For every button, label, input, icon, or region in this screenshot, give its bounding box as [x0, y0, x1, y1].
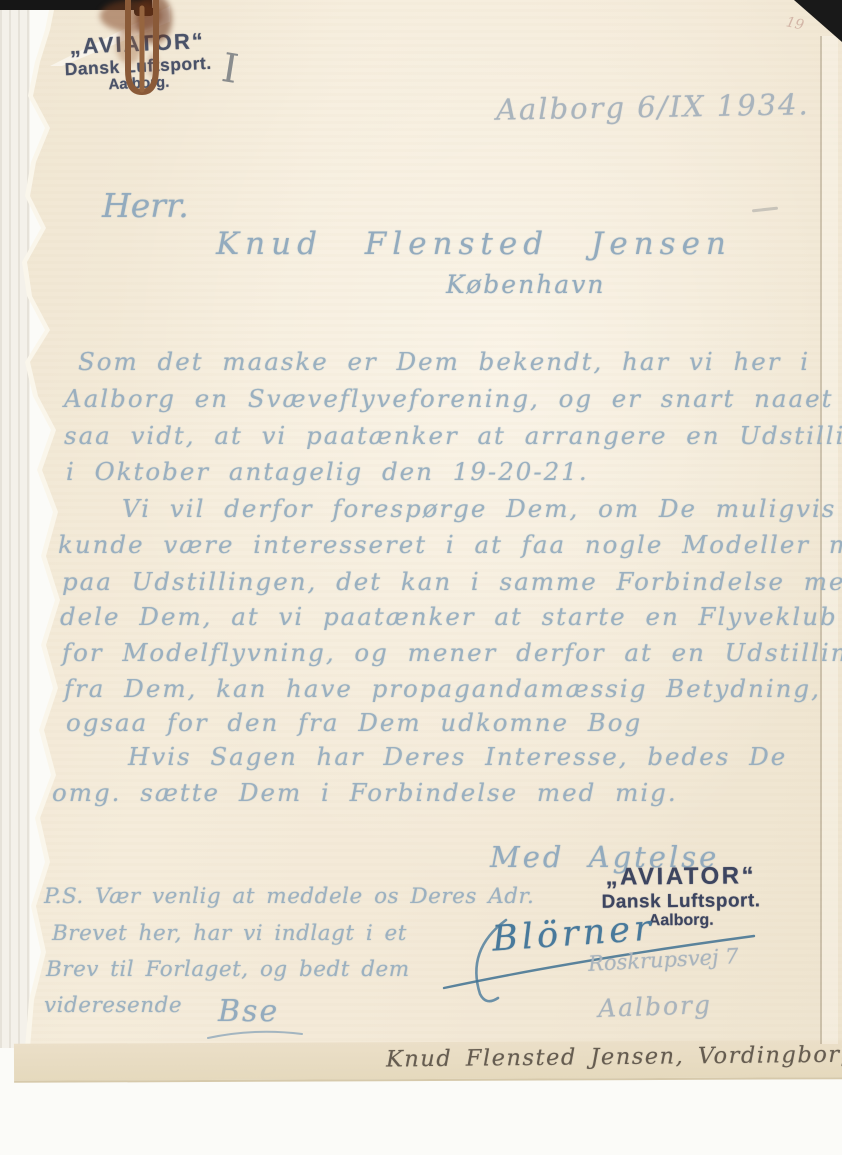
- ps-line: Brevet her, har vi indlagt i et: [52, 921, 407, 946]
- body-line: Aalborg en Svæveflyveforening, og er sna…: [64, 384, 833, 413]
- date-line: Aalborg 6/IX 1934.: [496, 87, 810, 126]
- ps-line: P.S. Vær venlig at meddele os Deres Adr.: [44, 884, 534, 909]
- body-line: fra Dem, kan have propagandamæssig Betyd…: [64, 674, 821, 703]
- ps-line: Brev til Forlaget, og bedt dem: [46, 957, 410, 982]
- ps-line: videresende: [44, 993, 182, 1018]
- body-line: i Oktober antagelig den 19-20-21.: [66, 457, 589, 486]
- recipient-name: Knud Flensted Jensen: [216, 226, 732, 262]
- body-line: saa vidt, at vi paatænker at arrangere e…: [64, 421, 842, 450]
- corner-mark: 19: [785, 14, 806, 33]
- recipient-city: København: [446, 270, 605, 299]
- bottom-annotation: Knud Flensted Jensen, Vordingborg.: [386, 1041, 842, 1072]
- scanner-background-left: [0, 0, 30, 1048]
- scanned-letter: „AVIATOR“ Dansk Luftsport. Aalborg. I 19…: [0, 0, 842, 1155]
- signature-city: Aalborg: [598, 990, 713, 1023]
- salutation: Herr.: [102, 186, 189, 225]
- body-line: for Modelflyvning, og mener derfor at en…: [62, 638, 842, 667]
- paperclip-icon: [118, 0, 166, 106]
- stamp-name: „AVIATOR“: [586, 863, 776, 892]
- body-line: paa Udstillingen, det kan i samme Forbin…: [62, 567, 842, 596]
- body-line: Hvis Sagen har Deres Interesse, bedes De: [128, 742, 787, 771]
- body-line: kunde være interesseret i at faa nogle M…: [58, 530, 842, 559]
- body-line: dele Dem, at vi paatænker at starte en F…: [60, 602, 838, 631]
- ps-initials: Bse: [218, 994, 279, 1029]
- stamp-line2: Dansk Luftsport.: [586, 890, 776, 913]
- body-line: omg. sætte Dem i Forbindelse med mig.: [52, 778, 678, 807]
- body-line: Som det maaske er Dem bekendt, har vi he…: [78, 347, 810, 376]
- body-line: Vi vil derfor forespørge Dem, om De muli…: [122, 494, 836, 523]
- body-line: ogsaa for den fra Dem udkomne Bog: [66, 708, 642, 737]
